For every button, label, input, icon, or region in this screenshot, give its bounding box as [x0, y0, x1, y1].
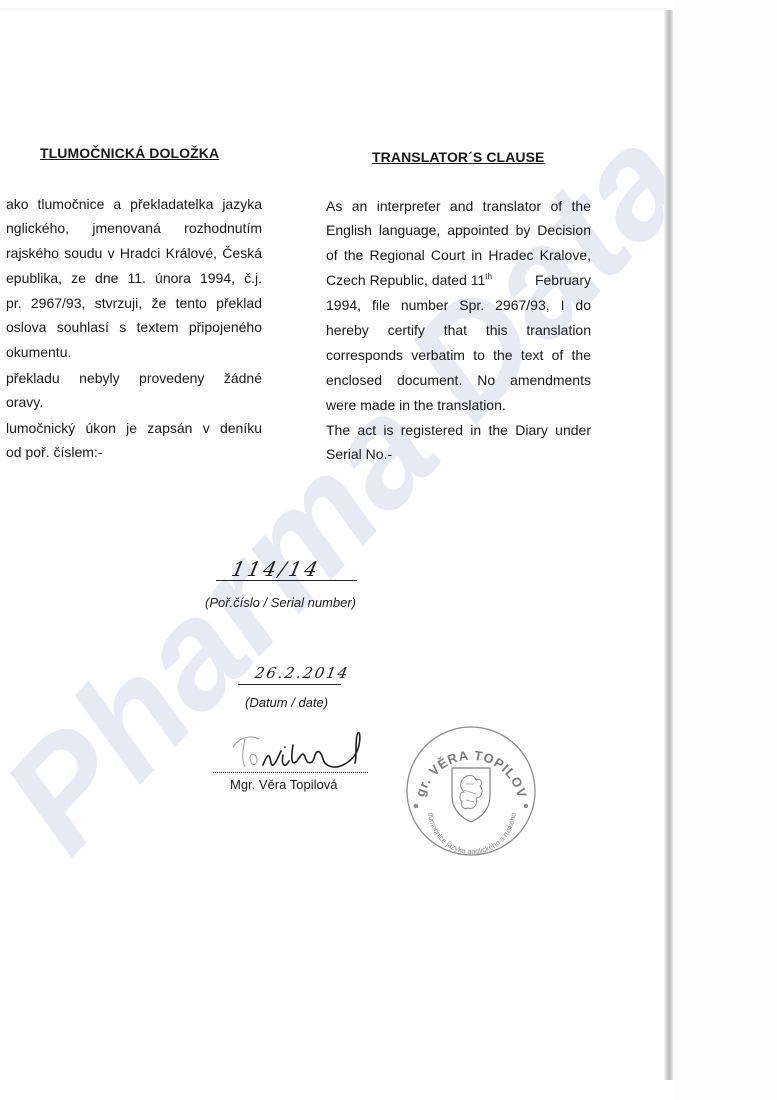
watermark: Pharma Data s.r.o. — [0, 0, 777, 1100]
serial-number-label: (Poř.číslo / Serial number) — [205, 595, 356, 610]
czech-line: pr. 2967/93, stvrzuji, že tento překlad — [6, 293, 262, 313]
english-line: Czech Republic, dated 11 — [326, 272, 485, 288]
english-line-date: Czech Republic, dated 11th February — [326, 270, 591, 290]
date-superscript: th — [485, 272, 492, 281]
date-month: February — [535, 270, 591, 290]
svg-text:tlumočnice jazyka anglického a: tlumočnice jazyka anglického a ruského — [426, 812, 518, 856]
czech-line: okumentu. — [6, 342, 71, 362]
czech-line: epublika, ze dne 11. února 1994, č.j. — [6, 268, 262, 288]
czech-clause-heading: TLUMOČNICKÁ DOLOŽKA — [40, 145, 219, 161]
czech-line: od poř. číslem:- — [6, 442, 102, 462]
czech-line: nglického, jmenovaná rozhodnutím — [6, 218, 262, 238]
czech-line: oravy. — [6, 392, 43, 412]
english-line: Serial No.- — [326, 444, 392, 464]
handwritten-signature — [225, 725, 385, 775]
document-page: Pharma Data s.r.o. TLUMOČNICKÁ DOLOŽKA T… — [0, 0, 777, 1100]
svg-text:Pharma Data s.r.o.: Pharma Data s.r.o. — [0, 0, 777, 882]
czech-line: překladu nebyly provedeny žádné — [6, 368, 262, 388]
english-line: were made in the translation. — [326, 395, 506, 415]
english-line: As an interpreter and translator of the — [326, 196, 591, 216]
english-line: of the Regional Court in Hradec Kralove, — [326, 245, 591, 265]
serial-number-handwritten: 114/14 — [229, 557, 322, 581]
english-line: enclosed document. No amendments — [326, 370, 591, 390]
date-underline — [238, 684, 341, 685]
serial-number-underline — [216, 580, 357, 581]
english-clause-heading: TRANSLATOR´S CLAUSE — [372, 149, 545, 165]
page-fold-edge — [664, 10, 673, 1080]
page-top-edge — [0, 8, 670, 11]
czech-line: lumočnický úkon je zapsán v deníku — [6, 418, 262, 438]
page-margin-strip — [673, 0, 777, 1100]
english-line: hereby certify that this translation — [326, 320, 591, 340]
signature-dotted-line — [213, 772, 368, 773]
english-line: 1994, file number Spr. 2967/93, I do — [326, 295, 591, 315]
english-line: corresponds verbatim to the text of the — [326, 345, 591, 365]
date-handwritten: 26.2.2014 — [253, 664, 351, 682]
date-label: (Datum / date) — [245, 695, 328, 710]
english-line: English language, appointed by Decision — [326, 220, 591, 240]
czech-lion-coat-of-arms-icon — [452, 768, 490, 822]
svg-text:Mgr. VĚRA TOPILOVÁ: Mgr. VĚRA TOPILOVÁ — [404, 724, 530, 800]
czech-line: oslova souhlasí s textem připojeného — [6, 317, 262, 337]
english-line: The act is registered in the Diary under — [326, 420, 591, 440]
czech-line: ako tlumočnice a překladatelka jazyka — [6, 194, 262, 214]
official-stamp: Mgr. VĚRA TOPILOVÁ tlumočnice jazyka ang… — [404, 724, 538, 858]
signatory-name: Mgr. Věra Topilová — [230, 777, 337, 792]
czech-line: rajského soudu v Hradci Králové, Česká — [6, 243, 262, 263]
